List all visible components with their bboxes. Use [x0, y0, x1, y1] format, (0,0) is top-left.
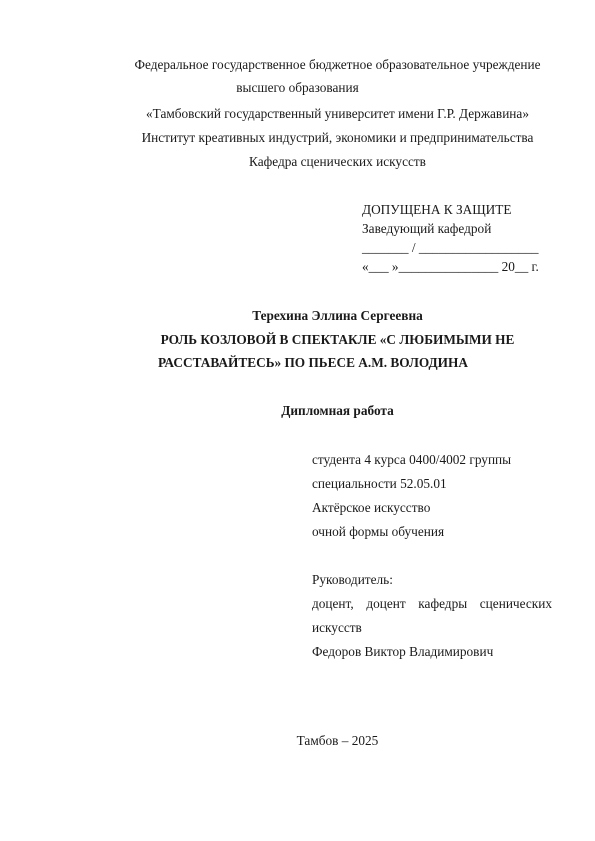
- author-name: Терехина Эллина Сергеевна: [40, 308, 595, 324]
- date-line: «___ »_______________ 20__ г.: [362, 259, 539, 275]
- approval-title: ДОПУЩЕНА К ЗАЩИТЕ: [362, 202, 511, 218]
- city-year: Тамбов – 2025: [40, 733, 595, 749]
- approval-role: Заведующий кафедрой: [362, 221, 491, 237]
- study-form: очной формы обучения: [312, 524, 444, 540]
- supervisor-name: Федоров Виктор Владимирович: [312, 644, 493, 660]
- institute-name: Институт креативных индустрий, экономики…: [40, 130, 595, 146]
- university-name: «Тамбовский государственный университет …: [40, 106, 595, 122]
- institution-type: Федеральное государственное бюджетное об…: [40, 57, 595, 73]
- supervisor-label: Руководитель:: [312, 572, 393, 588]
- education-level: высшего образования: [0, 80, 595, 96]
- department-name: Кафедра сценических искусств: [40, 154, 595, 170]
- student-group: студента 4 курса 0400/4002 группы: [312, 452, 511, 468]
- student-specialty: специальности 52.05.01: [312, 476, 447, 492]
- supervisor-position-word: сценических: [480, 596, 552, 612]
- thesis-title-line2: РАССТАВАЙТЕСЬ» ПО ПЬЕСЕ А.М. ВОЛОДИНА: [158, 355, 468, 371]
- supervisor-position: доцент, доцент кафедры сценических: [312, 596, 552, 612]
- supervisor-position-word: доцент,: [312, 596, 354, 612]
- supervisor-position-continued: искусств: [312, 620, 362, 636]
- work-type: Дипломная работа: [40, 403, 595, 419]
- thesis-title-line1: РОЛЬ КОЗЛОВОЙ В СПЕКТАКЛЕ «С ЛЮБИМЫМИ НЕ: [40, 332, 595, 348]
- supervisor-position-word: доцент: [366, 596, 405, 612]
- supervisor-position-word: кафедры: [418, 596, 467, 612]
- signature-line: _______ / __________________: [362, 240, 539, 256]
- student-program: Актёрское искусство: [312, 500, 430, 516]
